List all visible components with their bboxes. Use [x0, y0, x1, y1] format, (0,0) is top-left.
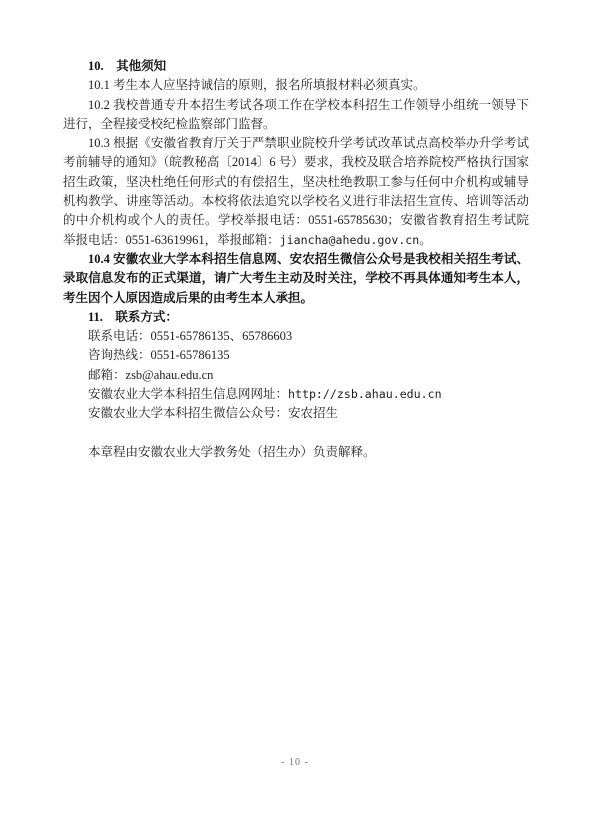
wechat-label: 安徽农业大学本科招生微信公众号：	[88, 406, 288, 420]
para-10-1: 10.1 考生本人应坚持诚信的原则，报名所填报材料必须真实。	[63, 76, 529, 95]
email-value: zsb@ahau.edu.cn	[126, 368, 214, 382]
document-content: 10. 其他须知 10.1 考生本人应坚持诚信的原则，报名所填报材料必须真实。 …	[63, 57, 529, 462]
section-11-heading: 11. 联系方式：	[63, 308, 529, 327]
report-email-text: jiancha@ahedu.gov.cn	[280, 233, 420, 247]
hotline-label: 咨询热线：	[88, 348, 151, 362]
hotline-value: 0551-65786135	[151, 348, 230, 362]
page-number: - 10 -	[0, 757, 590, 768]
website-label: 安徽农业大学本科招生信息网网址：	[88, 387, 288, 401]
wechat-line: 安徽农业大学本科招生微信公众号：安农招生	[63, 404, 529, 423]
email-line: 邮箱：zsb@ahau.edu.cn	[63, 366, 529, 385]
para-10-3: 10.3 根据《安徽省教育厅关于严禁职业院校升学考试改革试点高校举办升学考试考前…	[63, 134, 529, 250]
para-10-3-period: 。	[419, 233, 432, 247]
document-page: 10. 其他须知 10.1 考生本人应坚持诚信的原则，报名所填报材料必须真实。 …	[0, 0, 590, 831]
para-10-3-text: 10.3 根据《安徽省教育厅关于严禁职业院校升学考试改革试点高校举办升学考试考前…	[63, 136, 529, 246]
email-label: 邮箱：	[88, 368, 126, 382]
contact-phone-line: 联系电话：0551-65786135、65786603	[63, 327, 529, 346]
para-10-2: 10.2 我校普通专升本招生考试各项工作在学校本科招生工作领导小组统一领导下进行…	[63, 96, 529, 135]
contact-phone-value: 0551-65786135、65786603	[151, 329, 293, 343]
website-url-text: http://zsb.ahau.edu.cn	[288, 387, 442, 401]
para-10-4: 10.4 安徽农业大学本科招生信息网、安农招生微信公众号是我校相关招生考试、录取…	[63, 250, 529, 308]
website-line: 安徽农业大学本科招生信息网网址：http://zsb.ahau.edu.cn	[63, 385, 529, 404]
hotline-line: 咨询热线：0551-65786135	[63, 346, 529, 365]
contact-phone-label: 联系电话：	[88, 329, 151, 343]
closing-statement: 本章程由安徽农业大学教务处（招生办）负责解释。	[63, 443, 529, 462]
wechat-value: 安农招生	[288, 406, 338, 420]
section-10-heading: 10. 其他须知	[63, 57, 529, 76]
